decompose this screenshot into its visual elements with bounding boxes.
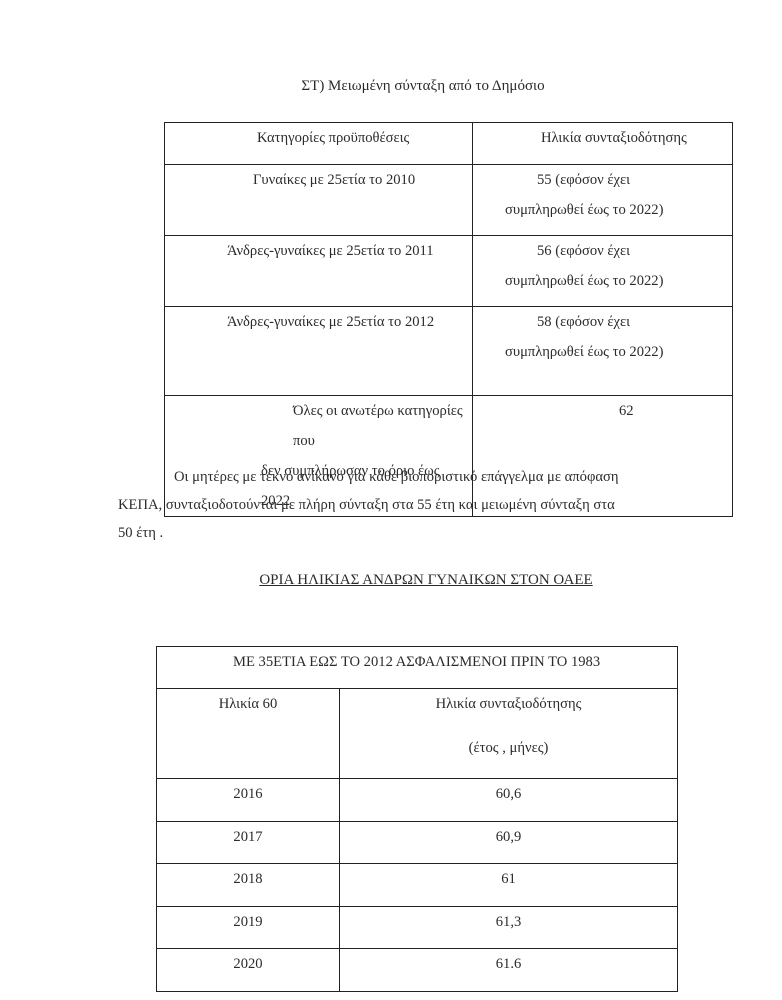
age-cell: 58 (εφόσον έχεισυμπληρωθεί έως το 2022) xyxy=(473,307,733,396)
age-cell: 56 (εφόσον έχεισυμπληρωθεί έως το 2022) xyxy=(473,236,733,307)
header-cell-age: Ηλικία συνταξιοδότησης xyxy=(473,123,733,165)
age-cell: 61 xyxy=(340,864,678,907)
table-title-cell: ΜΕ 35ΕΤΙΑ ΕΩΣ ΤΟ 2012 ΑΣΦΑΛΙΣΜΕΝΟΙ ΠΡΙΝ … xyxy=(157,647,678,689)
reduced-pension-table: Κατηγορίες προϋποθέσεις Ηλικία συνταξιοδ… xyxy=(164,122,733,517)
table-row: 2020 61.6 xyxy=(157,949,678,992)
section-title: ΣΤ) Μειωμένη σύνταξη από το Δημόσιο xyxy=(0,76,782,96)
category-cell: Άνδρες-γυναίκες με 25ετία το 2012 xyxy=(165,307,473,396)
year-cell: 2016 xyxy=(157,779,340,822)
oaee-age-limits-heading: ΟΡΙΑ ΗΛΙΚΙΑΣ ΑΝΔΡΩΝ ΓΥΝΑΙΚΩΝ ΣΤΟΝ ΟΑΕΕ xyxy=(0,570,782,590)
header-cell-category: Κατηγορίες προϋποθέσεις xyxy=(165,123,473,165)
table-header-row: Ηλικία 60 Ηλικία συνταξιοδότησης(έτος , … xyxy=(157,689,678,779)
age-cell: 60,9 xyxy=(340,821,678,864)
year-cell: 2019 xyxy=(157,906,340,949)
table-row: Άνδρες-γυναίκες με 25ετία το 2011 56 (εφ… xyxy=(165,236,733,307)
table-header-row: Κατηγορίες προϋποθέσεις Ηλικία συνταξιοδ… xyxy=(165,123,733,165)
year-cell: 2017 xyxy=(157,821,340,864)
table-row: 2018 61 xyxy=(157,864,678,907)
year-cell: 2018 xyxy=(157,864,340,907)
mothers-paragraph: Οι μητέρες με τέκνο ανίκανο για κάθε βιο… xyxy=(118,463,718,547)
table-row: 2016 60,6 xyxy=(157,779,678,822)
table-title-row: ΜΕ 35ΕΤΙΑ ΕΩΣ ΤΟ 2012 ΑΣΦΑΛΙΣΜΕΝΟΙ ΠΡΙΝ … xyxy=(157,647,678,689)
age-cell: 55 (εφόσον έχεισυμπληρωθεί έως το 2022) xyxy=(473,165,733,236)
header-cell-age60: Ηλικία 60 xyxy=(157,689,340,779)
table-row: Γυναίκες με 25ετία το 2010 55 (εφόσον έχ… xyxy=(165,165,733,236)
oaee-age-table: ΜΕ 35ΕΤΙΑ ΕΩΣ ΤΟ 2012 ΑΣΦΑΛΙΣΜΕΝΟΙ ΠΡΙΝ … xyxy=(156,646,678,992)
category-cell: Γυναίκες με 25ετία το 2010 xyxy=(165,165,473,236)
age-cell: 61,3 xyxy=(340,906,678,949)
table-row: 2019 61,3 xyxy=(157,906,678,949)
category-cell: Άνδρες-γυναίκες με 25ετία το 2011 xyxy=(165,236,473,307)
year-cell: 2020 xyxy=(157,949,340,992)
header-cell-retirement-age: Ηλικία συνταξιοδότησης(έτος , μήνες) xyxy=(340,689,678,779)
age-cell: 60,6 xyxy=(340,779,678,822)
age-cell: 61.6 xyxy=(340,949,678,992)
table-row: 2017 60,9 xyxy=(157,821,678,864)
table-row: Άνδρες-γυναίκες με 25ετία το 2012 58 (εφ… xyxy=(165,307,733,396)
